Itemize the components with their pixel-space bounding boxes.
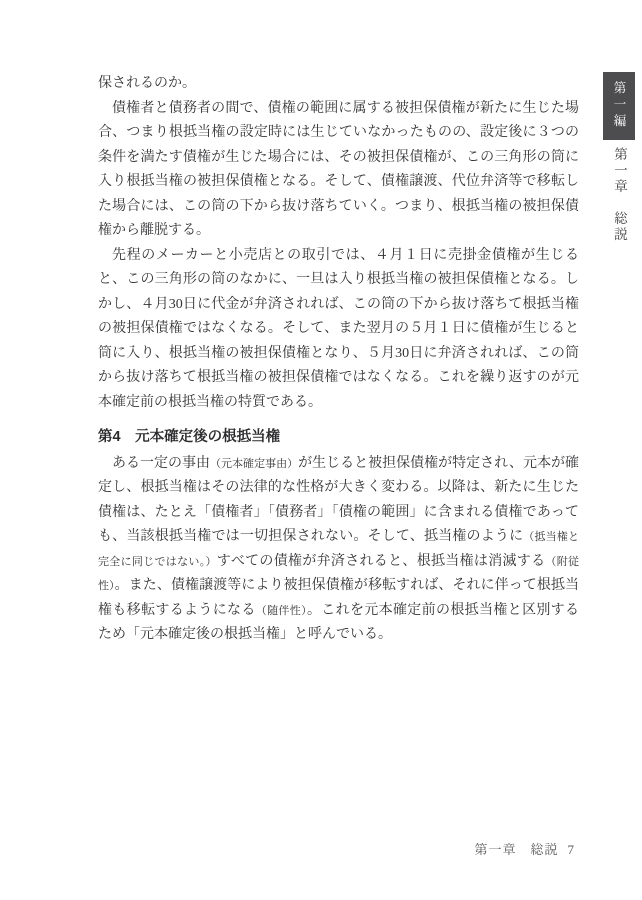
parenthetical-note: （随伴性） (256, 605, 307, 617)
body-text-block: 保されるのか。 債権者と債務者の間で、債権の範囲に属する被担保債権が新たに生じた… (98, 72, 579, 648)
paragraph-segment: すべての債権が弁済されると、根抵当権は消滅する (217, 554, 546, 569)
book-page: 保されるのか。 債権者と債務者の間で、債権の範囲に属する被担保債権が新たに生じた… (0, 0, 642, 900)
section-heading: 第4 元本確定後の根抵当権 (98, 425, 579, 450)
paragraph: ある一定の事由（元本確定事由）が生じると被担保債権が特定され、元本が確定し、根抵… (98, 452, 579, 648)
parenthetical-note: （元本確定事由） (210, 458, 298, 470)
page-number: 7 (568, 842, 576, 857)
footer-chapter-title: 第一章 総説 (474, 842, 558, 857)
paragraph: 債権者と債務者の間で、債権の範囲に属する被担保債権が新たに生じた場合、つまり根抵… (98, 97, 579, 244)
paragraph: 保されるのか。 (98, 72, 579, 97)
footer: 第一章 総説7 (474, 841, 575, 859)
paragraph: 先程のメーカーと小売店との取引では、４月１日に売掛金債権が生じると、この三角形の… (98, 244, 579, 416)
chapter-edge-label: 第一章 総説 (603, 147, 635, 277)
paragraph-segment: ある一定の事由 (112, 456, 210, 471)
part-edge-tab: 第一編 (603, 72, 635, 140)
